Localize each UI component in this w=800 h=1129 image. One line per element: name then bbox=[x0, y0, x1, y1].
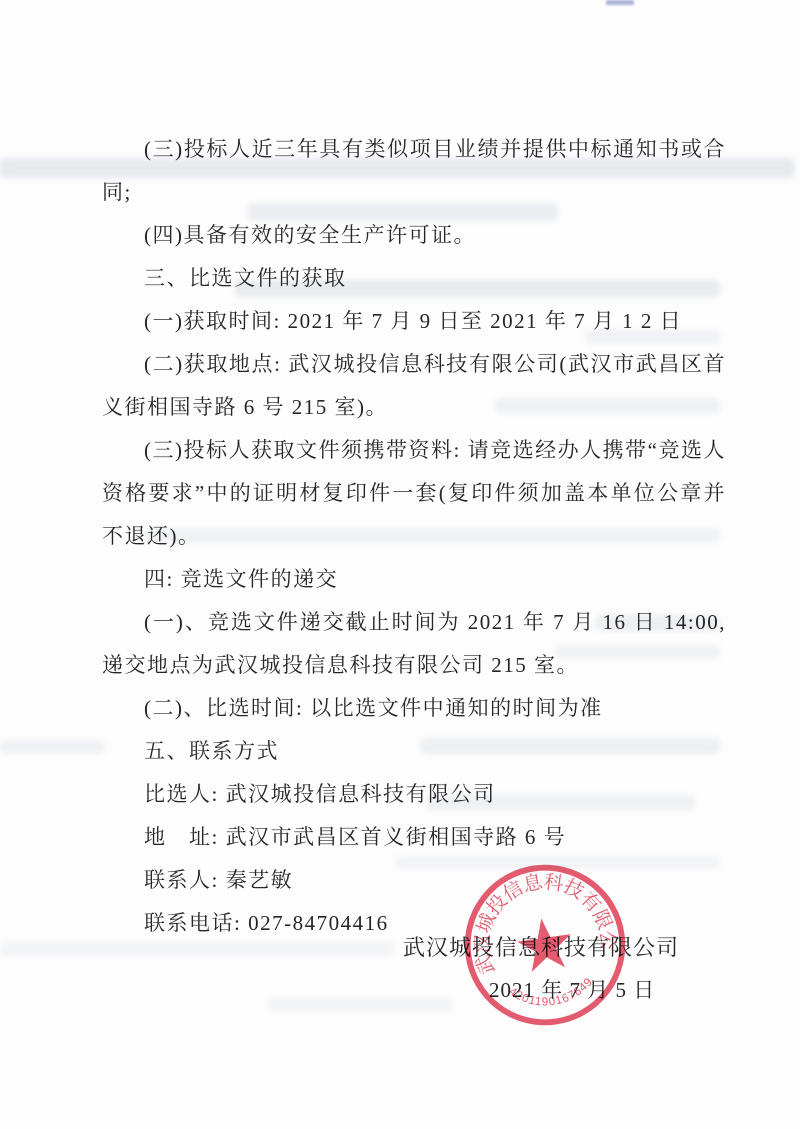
document-body: (三)投标人近三年具有类似项目业绩并提供中标通知书或合同; (四)具备有效的安全… bbox=[102, 128, 726, 945]
bleed-through-ghost bbox=[268, 998, 453, 1011]
svg-text:4201190167649: 4201190167649 bbox=[505, 974, 597, 1015]
company-seal-graphic: 武汉城投信息科技有限公司 4201190167649 bbox=[450, 850, 640, 1040]
bleed-through-ghost bbox=[0, 740, 105, 754]
paragraph-submission-deadline: (一)、竞选文件递交截止时间为 2021 年 7 月 16 日 14:00,递交… bbox=[102, 601, 726, 687]
section-heading-obtain-documents: 三、比选文件的获取 bbox=[102, 257, 726, 300]
paragraph-comparison-time: (二)、比选时间: 以比选文件中通知的时间为准 bbox=[102, 687, 726, 730]
paragraph-address: 地 址: 武汉市武昌区首义街相国寺路 6 号 bbox=[102, 816, 726, 859]
company-seal: 武汉城投信息科技有限公司 4201190167649 bbox=[450, 850, 640, 1040]
seal-star-icon bbox=[514, 915, 575, 974]
section-heading-contact-info: 五、联系方式 bbox=[102, 730, 726, 773]
scanned-document-page: (三)投标人近三年具有类似项目业绩并提供中标通知书或合同; (四)具备有效的安全… bbox=[0, 0, 800, 1129]
paragraph-obtain-location: (二)获取地点: 武汉城投信息科技有限公司(武汉市武昌区首义街相国寺路 6 号 … bbox=[102, 343, 726, 429]
seal-registration-number: 4201190167649 bbox=[505, 974, 597, 1015]
paragraph-contact-person: 联系人: 秦艺敏 bbox=[102, 859, 726, 902]
scan-artifact-speck bbox=[606, 0, 634, 5]
paragraph-bidder-track-record: (三)投标人近三年具有类似项目业绩并提供中标通知书或合同; bbox=[102, 128, 726, 214]
paragraph-required-materials: (三)投标人获取文件须携带资料: 请竞选经办人携带“竞选人资格要求”中的证明材复… bbox=[102, 429, 726, 558]
paragraph-obtain-time: (一)获取时间: 2021 年 7 月 9 日至 2021 年 7 月 1 2 … bbox=[102, 300, 726, 343]
paragraph-selector-company: 比选人: 武汉城投信息科技有限公司 bbox=[102, 773, 726, 816]
paragraph-safety-license: (四)具备有效的安全生产许可证。 bbox=[102, 214, 726, 257]
section-heading-submit-documents: 四: 竞选文件的递交 bbox=[102, 558, 726, 601]
